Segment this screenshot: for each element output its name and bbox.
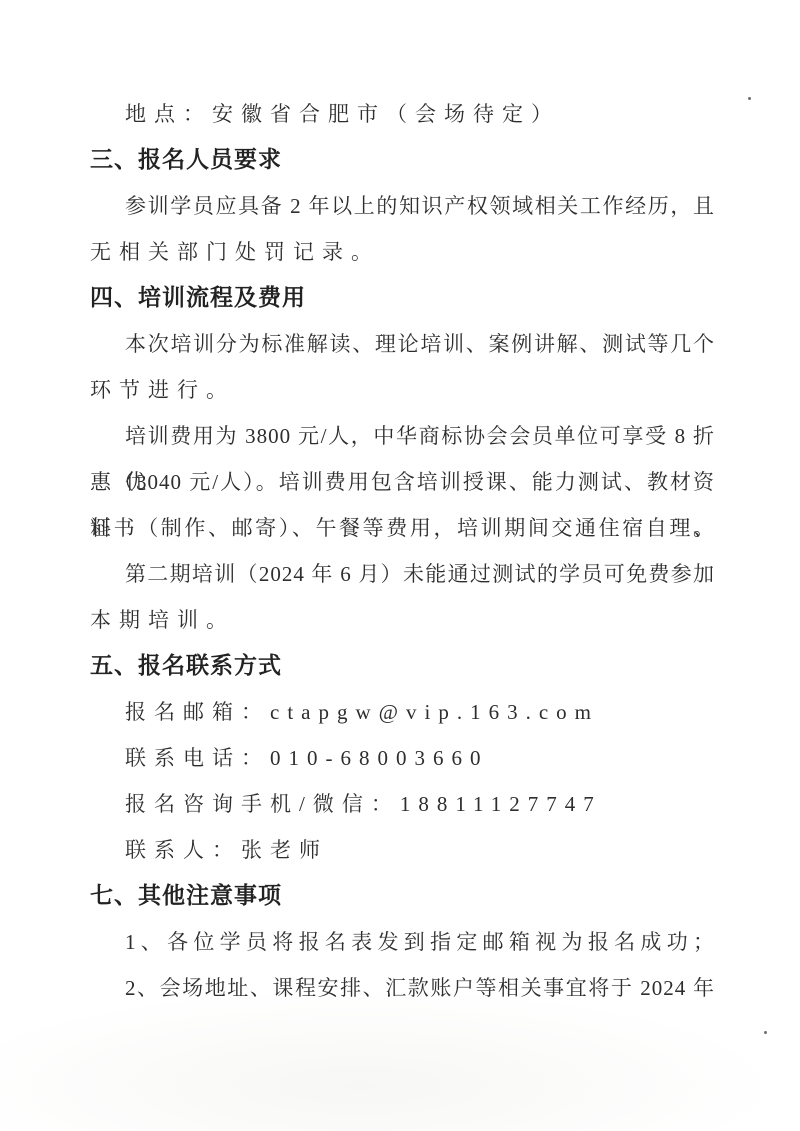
location-line: 地点：安徽省合肥市（会场待定）: [90, 91, 715, 137]
contact-person-line: 联系人：张老师: [90, 827, 715, 873]
mobile-wechat-line: 报名咨询手机/微信：18811127747: [90, 781, 715, 827]
scan-speck-bottom-right: [764, 1031, 767, 1034]
requirements-paragraph-line-2: 无相关部门处罚记录。: [90, 229, 715, 275]
note-1-line: 1、各位学员将报名表发到指定邮箱视为报名成功；: [90, 919, 715, 965]
retake-paragraph-line-2: 本期培训。: [90, 597, 715, 643]
fee-paragraph-line-3: 证书（制作、邮寄）、午餐等费用，培训期间交通住宿自理。: [90, 505, 715, 551]
process-paragraph-line-2: 环节进行。: [90, 367, 715, 413]
section-heading-4-process-and-fees: 四、培训流程及费用: [90, 275, 715, 321]
section-heading-5-contact-info: 五、报名联系方式: [90, 643, 715, 689]
scan-speck-top-right: [748, 97, 751, 100]
scanned-document-page: 地点：安徽省合肥市（会场待定） 三、报名人员要求 参训学员应具备 2 年以上的知…: [0, 0, 800, 1131]
contact-phone-line: 联系电话：010-68003660: [90, 735, 715, 781]
requirements-paragraph-line-1: 参训学员应具备 2 年以上的知识产权领域相关工作经历，且: [90, 183, 715, 229]
section-heading-3-registration-requirements: 三、报名人员要求: [90, 137, 715, 183]
fee-paragraph-line-2: 惠（3040 元/人）。培训费用包含培训授课、能力测试、教材资料、: [90, 459, 715, 505]
document-text-block: 地点：安徽省合肥市（会场待定） 三、报名人员要求 参训学员应具备 2 年以上的知…: [90, 91, 715, 1011]
note-2-line: 2、会场地址、课程安排、汇款账户等相关事宜将于 2024 年: [90, 965, 715, 1011]
fee-paragraph-line-1: 培训费用为 3800 元/人，中华商标协会会员单位可享受 8 折优: [90, 413, 715, 459]
retake-paragraph-line-1: 第二期培训（2024 年 6 月）未能通过测试的学员可免费参加: [90, 551, 715, 597]
registration-email-line: 报名邮箱：ctapgw@vip.163.com: [90, 689, 715, 735]
section-heading-7-other-notes: 七、其他注意事项: [90, 873, 715, 919]
process-paragraph-line-1: 本次培训分为标准解读、理论培训、案例讲解、测试等几个: [90, 321, 715, 367]
